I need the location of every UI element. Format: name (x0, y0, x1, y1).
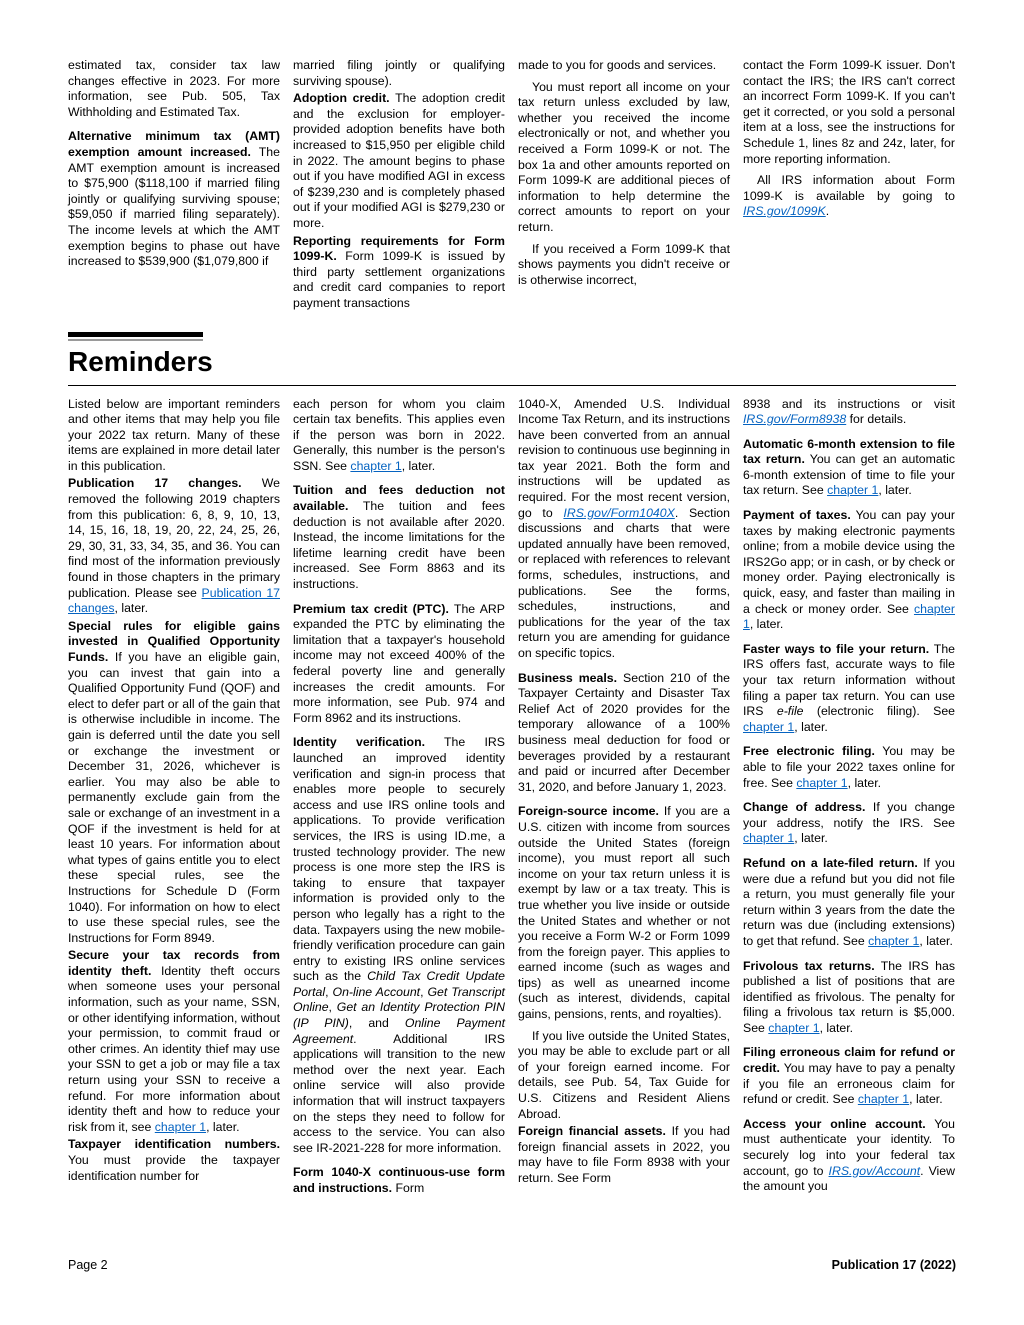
paragraph: Change of address. If you change your ad… (743, 800, 955, 847)
paragraph-lead-in: Taxpayer identification numbers. (68, 1137, 280, 1151)
paragraph: Filing erroneous claim for refund or cre… (743, 1045, 955, 1107)
text-column: made to you for goods and services.You m… (518, 58, 730, 288)
paragraph: Access your online account. You must aut… (743, 1117, 955, 1195)
paragraph: Business meals. Section 210 of the Taxpa… (518, 671, 730, 796)
text-run: On-line Account (333, 985, 421, 999)
paragraph: Listed below are important reminders and… (68, 397, 280, 475)
text-run: Identity theft occurs when someone uses … (68, 964, 280, 1134)
paragraph-lead-in: Alternative minimum tax (AMT) exemption … (68, 129, 280, 159)
text-run: , (325, 985, 332, 999)
paragraph-lead-in: Payment of taxes. (743, 508, 851, 522)
text-run: , later. (402, 459, 436, 473)
paragraph: Free electronic filing. You may be able … (743, 744, 955, 791)
text-run: If you have an eligible gain, you can in… (68, 650, 280, 945)
text-run: The IRS launched an improved identity ve… (293, 735, 505, 983)
document-page: estimated tax, consider tax law changes … (68, 58, 956, 1197)
section-rule (68, 385, 956, 386)
text-run: The adoption credit and the exclusion fo… (293, 91, 505, 230)
paragraph: 8938 and its instructions or visit IRS.g… (743, 397, 955, 428)
paragraph-lead-in: Refund on a late-filed return. (743, 856, 918, 870)
text-run: , later. (848, 776, 882, 790)
section-bar-shadow (68, 339, 203, 341)
text-run: Listed below are important reminders and… (68, 397, 280, 473)
text-run: for details. (846, 412, 906, 426)
page-number: Page 2 (68, 1258, 108, 1272)
paragraph-lead-in: Identity verification. (293, 735, 425, 749)
paragraph: Foreign-source income. If you are a U.S.… (518, 804, 730, 1022)
reminders-section: Listed below are important reminders and… (68, 397, 956, 1197)
paragraph-lead-in: Foreign financial assets. (518, 1124, 666, 1138)
paragraph: estimated tax, consider tax law changes … (68, 58, 280, 120)
inline-link[interactable]: chapter 1 (743, 720, 794, 734)
text-run: We removed the following 2019 chapters f… (68, 476, 280, 599)
text-run: married filing jointly or qualifying sur… (293, 58, 505, 88)
paragraph: contact the Form 1099-K issuer. Don't co… (743, 58, 955, 167)
paragraph-lead-in: Foreign-source income. (518, 804, 659, 818)
text-run: If you live outside the United States, y… (518, 1029, 730, 1121)
text-run: , (329, 1000, 337, 1014)
paragraph: married filing jointly or qualifying sur… (293, 58, 505, 89)
paragraph: made to you for goods and services. (518, 58, 730, 74)
section-title: Reminders (68, 346, 956, 378)
text-run: e-file (777, 704, 804, 718)
paragraph-lead-in: Adoption credit. (293, 91, 390, 105)
text-column: estimated tax, consider tax law changes … (68, 58, 280, 270)
text-run: , later. (909, 1092, 943, 1106)
page-footer: Page 2 Publication 17 (2022) (68, 1258, 956, 1272)
text-column: each person for whom you claim certain t… (293, 397, 505, 1197)
section-bar (68, 332, 203, 337)
text-run: , later. (820, 1021, 854, 1035)
text-column: Listed below are important reminders and… (68, 397, 280, 1185)
text-run: estimated tax, consider tax law changes … (68, 58, 280, 119)
paragraph: Foreign financial assets. If you had for… (518, 1124, 730, 1186)
text-column: married filing jointly or qualifying sur… (293, 58, 505, 312)
reminders-header: Reminders (68, 332, 956, 386)
paragraph: Publication 17 changes. We removed the f… (68, 476, 280, 616)
paragraph: If you received a Form 1099-K that shows… (518, 242, 730, 289)
text-run: You must provide the taxpayer identifica… (68, 1153, 280, 1183)
text-run: , later. (750, 617, 784, 631)
text-run: . (826, 204, 829, 218)
paragraph: Form 1040-X continuous-use form and inst… (293, 1165, 505, 1196)
text-run: Section 210 of the Taxpayer Certainty an… (518, 671, 730, 794)
paragraph: All IRS information about Form 1099-K is… (743, 173, 955, 220)
paragraph: Adoption credit. The adoption credit and… (293, 91, 505, 231)
text-run: All IRS information about Form 1099-K is… (743, 173, 955, 203)
text-run: The AMT exemption amount is increased to… (68, 145, 280, 268)
inline-link[interactable]: IRS.gov/Account (829, 1164, 921, 1178)
inline-link[interactable]: IRS.gov/Form1040X (563, 506, 674, 520)
inline-link[interactable]: chapter 1 (768, 1021, 819, 1035)
paragraph: Frivolous tax returns. The IRS has publi… (743, 959, 955, 1037)
paragraph-lead-in: Free electronic filing. (743, 744, 875, 758)
text-run: contact the Form 1099-K issuer. Don't co… (743, 58, 955, 166)
inline-link[interactable]: chapter 1 (743, 831, 794, 845)
paragraph: Identity verification. The IRS launched … (293, 735, 505, 1156)
paragraph: Taxpayer identification numbers. You mus… (68, 1137, 280, 1184)
paragraph: Faster ways to file your return. The IRS… (743, 642, 955, 736)
paragraph: Premium tax credit (PTC). The ARP expand… (293, 602, 505, 727)
paragraph-lead-in: Access your online account. (743, 1117, 926, 1131)
top-section: estimated tax, consider tax law changes … (68, 58, 956, 312)
text-run: The ARP expanded the PTC by eliminating … (293, 602, 505, 725)
text-run: You must report all income on your tax r… (518, 80, 730, 234)
paragraph: Reporting requirements for Form 1099-K. … (293, 234, 505, 312)
text-column: contact the Form 1099-K issuer. Don't co… (743, 58, 955, 220)
inline-link[interactable]: IRS.gov/1099K (743, 204, 826, 218)
inline-link[interactable]: chapter 1 (350, 459, 401, 473)
text-run: . Additional IRS applications will trans… (293, 1032, 505, 1155)
inline-link[interactable]: chapter 1 (155, 1120, 206, 1134)
inline-link[interactable]: chapter 1 (827, 483, 878, 497)
paragraph: Tuition and fees deduction not available… (293, 483, 505, 592)
paragraph: Special rules for eligible gains investe… (68, 619, 280, 946)
text-run: , later. (115, 601, 149, 615)
text-run: If you are a U.S. citizen with income fr… (518, 804, 730, 1021)
text-run: , later. (206, 1120, 240, 1134)
inline-link[interactable]: chapter 1 (858, 1092, 909, 1106)
paragraph-lead-in: Premium tax credit (PTC). (293, 602, 449, 616)
text-run: made to you for goods and services. (518, 58, 716, 72)
paragraph-lead-in: Change of address. (743, 800, 865, 814)
paragraph: Secure your tax records from identity th… (68, 948, 280, 1135)
text-run: (electronic filing). See (804, 704, 955, 718)
text-run: , later. (878, 483, 912, 497)
paragraph: Payment of taxes. You can pay your taxes… (743, 508, 955, 633)
text-run: You can pay your taxes by making electro… (743, 508, 955, 616)
inline-link[interactable]: chapter 1 (868, 934, 919, 948)
text-run: . Section discussions and charts that we… (518, 506, 730, 660)
publication-title: Publication 17 (2022) (832, 1258, 956, 1272)
paragraph: 1040-X, Amended U.S. Individual Income T… (518, 397, 730, 662)
text-run: Form (392, 1181, 424, 1195)
paragraph: Automatic 6-month extension to file tax … (743, 437, 955, 499)
text-run: If you received a Form 1099-K that shows… (518, 242, 730, 287)
paragraph-lead-in: Frivolous tax returns. (743, 959, 875, 973)
paragraph: Alternative minimum tax (AMT) exemption … (68, 129, 280, 269)
paragraph: each person for whom you claim certain t… (293, 397, 505, 475)
text-run: , later. (794, 720, 828, 734)
text-run: , later. (794, 831, 828, 845)
text-run: , and (349, 1016, 405, 1030)
text-column: 8938 and its instructions or visit IRS.g… (743, 397, 955, 1195)
paragraph-lead-in: Business meals. (518, 671, 617, 685)
inline-link[interactable]: chapter 1 (796, 776, 847, 790)
inline-link[interactable]: IRS.gov/Form8938 (743, 412, 846, 426)
text-run: 1040-X, Amended U.S. Individual Income T… (518, 397, 730, 520)
paragraph: You must report all income on your tax r… (518, 80, 730, 236)
paragraph-lead-in: Publication 17 changes. (68, 476, 242, 490)
paragraph: Refund on a late-filed return. If you we… (743, 856, 955, 950)
paragraph: If you live outside the United States, y… (518, 1029, 730, 1123)
text-run: , later. (919, 934, 953, 948)
paragraph-lead-in: Faster ways to file your return. (743, 642, 929, 656)
text-run: 8938 and its instructions or visit (743, 397, 955, 411)
text-column: 1040-X, Amended U.S. Individual Income T… (518, 397, 730, 1187)
